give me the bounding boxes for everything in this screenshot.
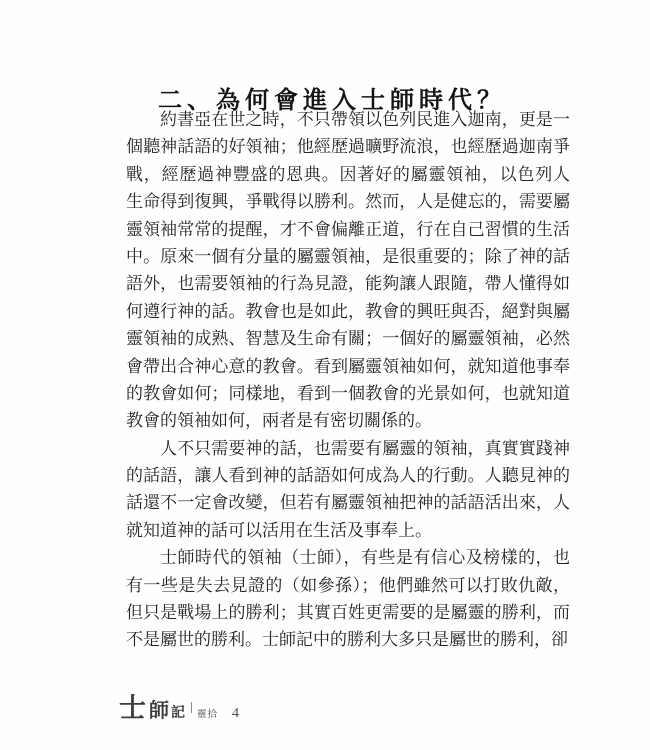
text-line: 中。原來一個有分量的屬靈領袖，是很重要的；除了神的話 (126, 243, 570, 270)
text-line: 不是屬世的勝利。士師記中的勝利大多只是屬世的勝利，卻 (126, 626, 570, 653)
text-line: 士師時代的領袖（士師），有些是有信心及榜樣的，也 (126, 544, 570, 571)
footer-series-label: 靈拾 (197, 706, 218, 720)
text-line: 但只是戰場上的勝利；其實百姓更需要的是屬靈的勝利，而 (126, 599, 570, 626)
text-line: 的教會如何；同樣地，看到一個教會的光景如何，也就知道 (126, 380, 570, 407)
text-line: 個聽神話語的好領袖；他經歷過曠野流浪，也經歷過迦南爭 (126, 133, 570, 160)
footer-book-title-char-small: 記 (171, 702, 185, 722)
brush-stroke-decoration (54, 70, 154, 98)
text-line: 語外，也需要領袖的行為見證，能夠讓人跟隨，帶人懂得如 (126, 270, 570, 297)
text-line: 何遵行神的話。教會也是如此，教會的興旺與否，絕對與屬 (126, 298, 570, 325)
book-page: 二、為何會進入士師時代？ 約書亞在世之時，不只帶領以色列民進入迦南，更是一個聽神… (0, 0, 650, 750)
footer-book-title-char-mid: 師 (149, 694, 169, 723)
text-line: 靈領袖的成熟、智慧及生命有關；一個好的屬靈領袖，必然 (126, 325, 570, 352)
text-line: 人不只需要神的話，也需要有屬靈的領袖，真實實踐神 (126, 435, 570, 462)
text-line: 話還不一定會改變，但若有屬靈領袖把神的話語活出來，人 (126, 489, 570, 516)
text-line: 戰，經歷過神豐盛的恩典。因著好的屬靈領袖，以色列人 (126, 161, 570, 188)
text-line: 靈領袖常常的提醒，才不會偏離正道，行在自己習慣的生活 (126, 216, 570, 243)
text-line: 有一些是失去見證的（如參孫）；他們雖然可以打敗仇敵， (126, 572, 570, 599)
footer-page-number: 4 (232, 706, 239, 722)
text-line: 的話語，讓人看到神的話語如何成為人的行動。人聽見神的 (126, 462, 570, 489)
text-line: 約書亞在世之時，不只帶領以色列民進入迦南，更是一 (126, 106, 570, 133)
body-text: 約書亞在世之時，不只帶領以色列民進入迦南，更是一個聽神話語的好領袖；他經歷過曠野… (126, 106, 570, 654)
footer-divider-line (191, 702, 192, 713)
text-line: 教會的領袖如何，兩者是有密切關係的。 (126, 407, 570, 434)
page-footer: 士 師 記 靈拾 4 (119, 686, 239, 725)
footer-book-title-char-large: 士 (119, 686, 147, 725)
text-line: 就知道神的話可以活用在生活及事奉上。 (126, 517, 570, 544)
text-line: 會帶出合神心意的教會。看到屬靈領袖如何，就知道他事奉 (126, 353, 570, 380)
text-line: 生命得到復興，爭戰得以勝利。然而，人是健忘的，需要屬 (126, 188, 570, 215)
